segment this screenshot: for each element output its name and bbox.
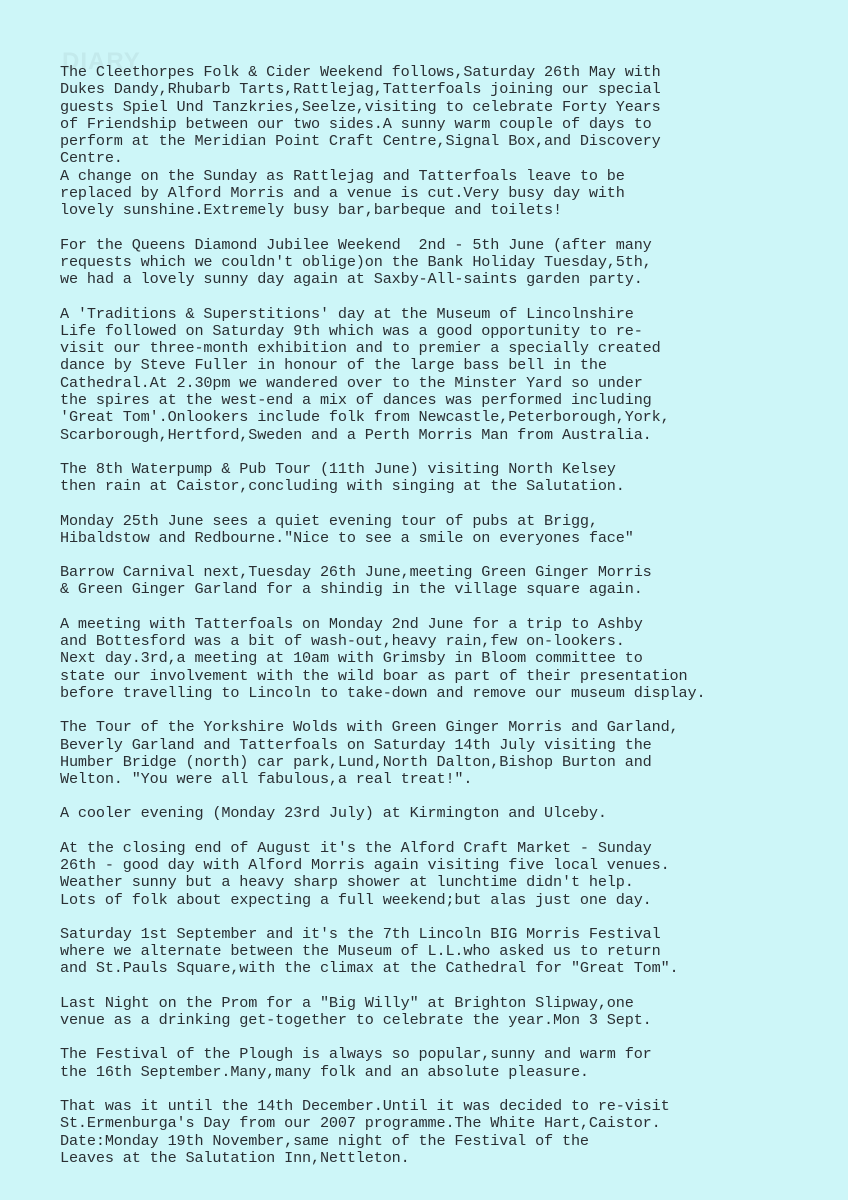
text-line: before travelling to Lincoln to take-dow… [60, 685, 820, 702]
text-line: Cathedral.At 2.30pm we wandered over to … [60, 375, 820, 392]
text-line: Life followed on Saturday 9th which was … [60, 323, 820, 340]
diary-paragraph: At the closing end of August it's the Al… [60, 840, 820, 909]
text-line: the spires at the west-end a mix of danc… [60, 392, 820, 409]
diary-paragraph: The 8th Waterpump & Pub Tour (11th June)… [60, 461, 820, 496]
text-line: A change on the Sunday as Rattlejag and … [60, 168, 820, 185]
text-line: 'Great Tom'.Onlookers include folk from … [60, 409, 820, 426]
text-line: Humber Bridge (north) car park,Lund,Nort… [60, 754, 820, 771]
text-line: That was it until the 14th December.Unti… [60, 1098, 820, 1115]
diary-paragraph: The Festival of the Plough is always so … [60, 1046, 820, 1081]
text-line: Date:Monday 19th November,same night of … [60, 1133, 820, 1150]
diary-paragraph: That was it until the 14th December.Unti… [60, 1098, 820, 1167]
text-line: Barrow Carnival next,Tuesday 26th June,m… [60, 564, 820, 581]
text-line: venue as a drinking get-together to cele… [60, 1012, 820, 1029]
text-line: Welton. "You were all fabulous,a real tr… [60, 771, 820, 788]
text-line: The Festival of the Plough is always so … [60, 1046, 820, 1063]
text-line: visit our three-month exhibition and to … [60, 340, 820, 357]
text-line: requests which we couldn't oblige)on the… [60, 254, 820, 271]
text-line: Hibaldstow and Redbourne."Nice to see a … [60, 530, 820, 547]
text-line: perform at the Meridian Point Craft Cent… [60, 133, 820, 150]
text-line: Centre. [60, 150, 820, 167]
text-line: At the closing end of August it's the Al… [60, 840, 820, 857]
diary-paragraph: A change on the Sunday as Rattlejag and … [60, 168, 820, 220]
text-line: Leaves at the Salutation Inn,Nettleton. [60, 1150, 820, 1167]
diary-paragraph: A meeting with Tatterfoals on Monday 2nd… [60, 616, 820, 702]
text-line: dance by Steve Fuller in honour of the l… [60, 357, 820, 374]
text-line: replaced by Alford Morris and a venue is… [60, 185, 820, 202]
diary-paragraph: The Tour of the Yorkshire Wolds with Gre… [60, 719, 820, 788]
text-line: Scarborough,Hertford,Sweden and a Perth … [60, 427, 820, 444]
diary-paragraph: Last Night on the Prom for a "Big Willy"… [60, 995, 820, 1030]
text-line: state our involvement with the wild boar… [60, 668, 820, 685]
text-line: A meeting with Tatterfoals on Monday 2nd… [60, 616, 820, 633]
text-line: The 8th Waterpump & Pub Tour (11th June)… [60, 461, 820, 478]
diary-paragraph: The Cleethorpes Folk & Cider Weekend fol… [60, 64, 820, 168]
text-line: guests Spiel Und Tanzkries,Seelze,visiti… [60, 99, 820, 116]
text-line: then rain at Caistor,concluding with sin… [60, 478, 820, 495]
text-line: of Friendship between our two sides.A su… [60, 116, 820, 133]
text-line: The Tour of the Yorkshire Wolds with Gre… [60, 719, 820, 736]
text-line: Dukes Dandy,Rhubarb Tarts,Rattlejag,Tatt… [60, 81, 820, 98]
text-line: the 16th September.Many,many folk and an… [60, 1064, 820, 1081]
diary-paragraph: Monday 25th June sees a quiet evening to… [60, 513, 820, 548]
diary-paragraph: A 'Traditions & Superstitions' day at th… [60, 306, 820, 444]
diary-paragraph: Saturday 1st September and it's the 7th … [60, 926, 820, 978]
text-line: Beverly Garland and Tatterfoals on Satur… [60, 737, 820, 754]
text-line: and St.Pauls Square,with the climax at t… [60, 960, 820, 977]
text-line: Saturday 1st September and it's the 7th … [60, 926, 820, 943]
text-line: Lots of folk about expecting a full week… [60, 892, 820, 909]
diary-paragraph: Barrow Carnival next,Tuesday 26th June,m… [60, 564, 820, 599]
diary-paragraph: For the Queens Diamond Jubilee Weekend 2… [60, 237, 820, 289]
diary-page-body: The Cleethorpes Folk & Cider Weekend fol… [60, 64, 820, 1184]
text-line: Next day.3rd,a meeting at 10am with Grim… [60, 650, 820, 667]
text-line: lovely sunshine.Extremely busy bar,barbe… [60, 202, 820, 219]
text-line: & Green Ginger Garland for a shindig in … [60, 581, 820, 598]
text-line: 26th - good day with Alford Morris again… [60, 857, 820, 874]
text-line: A cooler evening (Monday 23rd July) at K… [60, 805, 820, 822]
text-line: and Bottesford was a bit of wash-out,hea… [60, 633, 820, 650]
text-line: we had a lovely sunny day again at Saxby… [60, 271, 820, 288]
text-line: The Cleethorpes Folk & Cider Weekend fol… [60, 64, 820, 81]
diary-paragraph: A cooler evening (Monday 23rd July) at K… [60, 805, 820, 822]
text-line: Last Night on the Prom for a "Big Willy"… [60, 995, 820, 1012]
text-line: For the Queens Diamond Jubilee Weekend 2… [60, 237, 820, 254]
text-line: St.Ermenburga's Day from our 2007 progra… [60, 1115, 820, 1132]
text-line: Monday 25th June sees a quiet evening to… [60, 513, 820, 530]
text-line: A 'Traditions & Superstitions' day at th… [60, 306, 820, 323]
text-line: where we alternate between the Museum of… [60, 943, 820, 960]
text-line: Weather sunny but a heavy sharp shower a… [60, 874, 820, 891]
